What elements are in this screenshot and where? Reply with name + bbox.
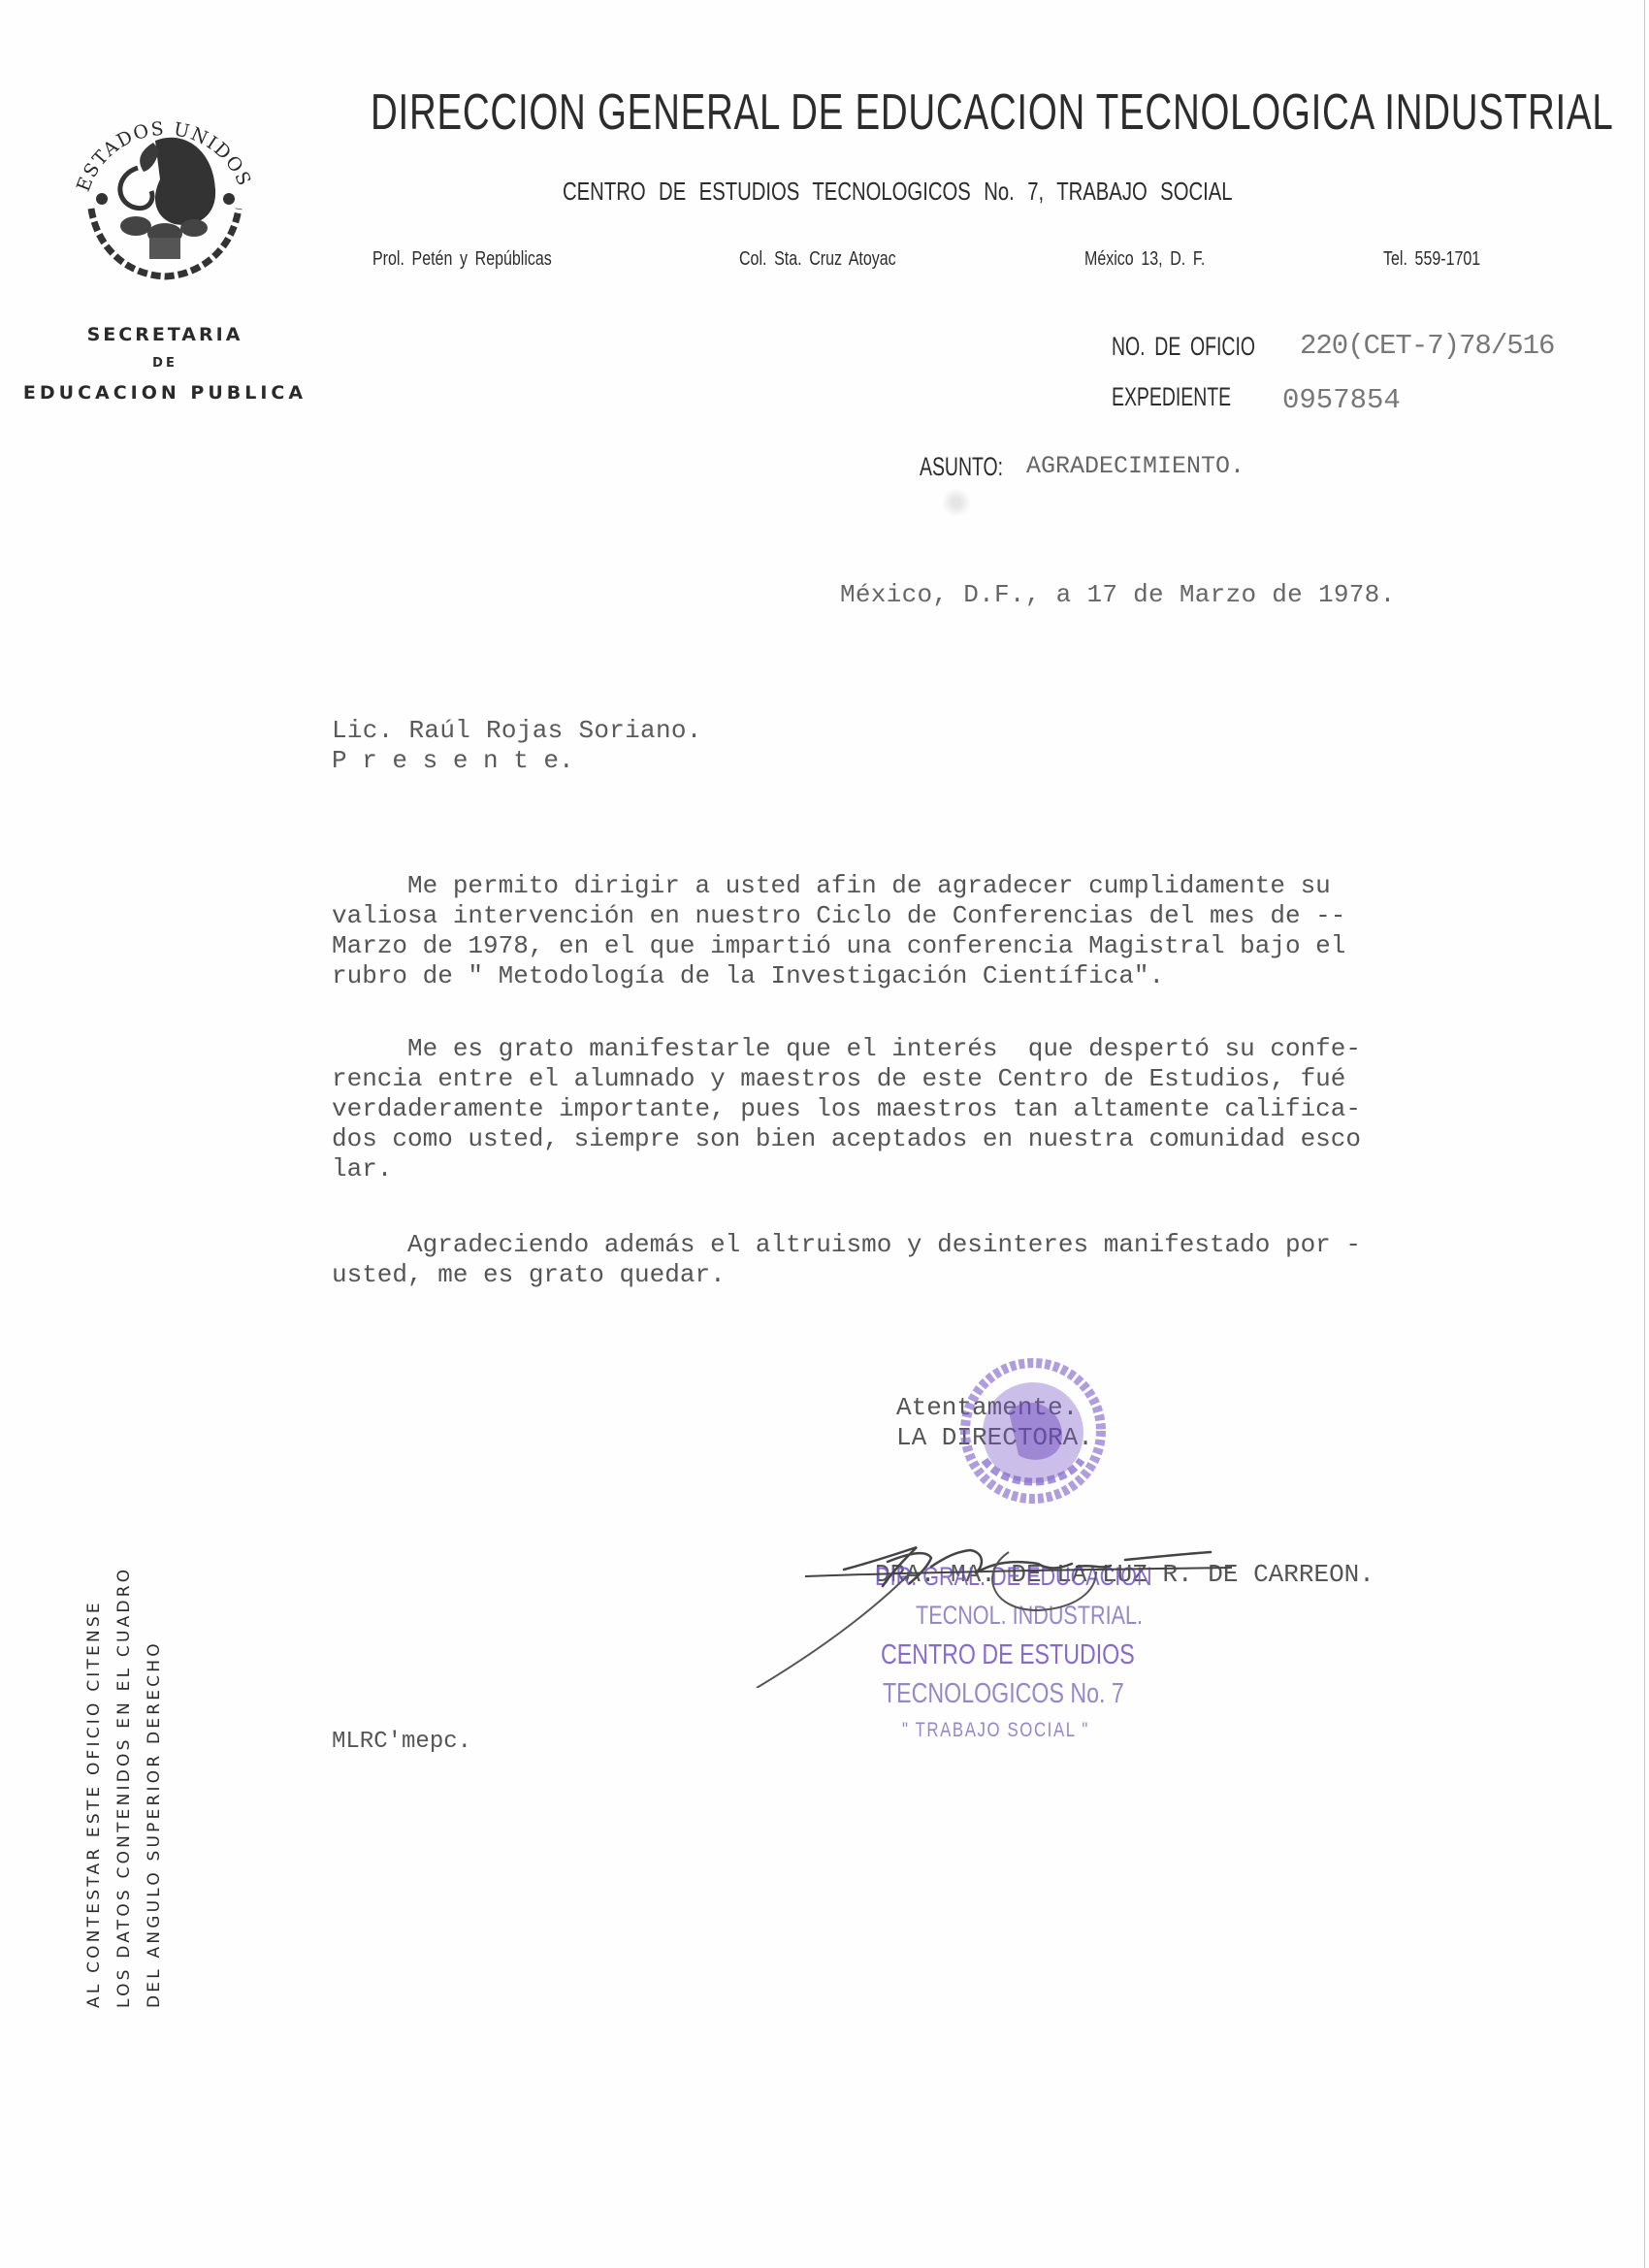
recipient-name: Lic. Raúl Rojas Soriano.	[332, 716, 702, 746]
stamp-line: " TRABAJO SOCIAL "	[902, 1719, 1089, 1742]
mexican-coat-of-arms-icon: ESTADOS UNIDOS MEXICANOS	[58, 82, 272, 296]
date-line: México, D.F., a 17 de Marzo de 1978.	[840, 580, 1396, 610]
page-edge	[1644, 0, 1645, 2268]
side-note-line-3: DEL ANGULO SUPERIOR DERECHO	[140, 1567, 170, 2008]
body-paragraph: Me es grato manifestarle que el interés …	[332, 1034, 1496, 1184]
stamp-line: TECNOL. INDUSTRIAL.	[916, 1601, 1143, 1631]
letterhead-subtitle: CENTRO DE ESTUDIOS TECNOLOGICOS No. 7, T…	[563, 177, 1233, 207]
oficio-value: 220(CET-7)78/516	[1300, 330, 1554, 362]
side-note: AL CONTESTAR ESTE OFICIO CITENSELOS DATO…	[80, 1567, 170, 2008]
asunto-label: ASUNTO:	[920, 452, 1003, 482]
letter-page: ESTADOS UNIDOS MEXICANOS SECRETARIA DE E…	[0, 0, 1649, 2268]
recipient-block: Lic. Raúl Rojas Soriano.P r e s e n t e.	[332, 716, 702, 776]
letterhead-title: DIRECCION GENERAL DE EDUCACION TECNOLOGI…	[371, 83, 1613, 142]
recipient-present: P r e s e n t e.	[332, 746, 702, 776]
ink-smudge	[939, 485, 974, 520]
body-paragraph: Me permito dirigir a usted afin de agrad…	[332, 871, 1496, 991]
typist-initials: MLRC'mepc.	[332, 1729, 471, 1755]
address-city: México 13, D. F.	[1084, 248, 1205, 271]
ministry-name: SECRETARIA DE EDUCACION PUBLICA	[19, 322, 310, 405]
side-note-line-2: LOS DATOS CONTENIDOS EN EL CUADRO	[110, 1567, 140, 2008]
asunto-value: AGRADECIMIENTO.	[1026, 452, 1245, 480]
stamp-line: TECNOLOGICOS No. 7	[883, 1678, 1124, 1710]
address-street: Prol. Petén y Repúblicas	[372, 248, 552, 271]
oficio-label: NO. DE OFICIO	[1112, 332, 1255, 362]
stamp-line: CENTRO DE ESTUDIOS	[881, 1639, 1135, 1671]
stamp-line: DIR. GRAL. DE EDUCACION	[875, 1562, 1152, 1592]
ministry-line-2: DE	[19, 347, 310, 380]
expediente-label: EXPEDIENTE	[1112, 382, 1231, 412]
official-seal-stamp-icon	[955, 1353, 1111, 1508]
ministry-line-1: SECRETARIA	[19, 322, 310, 347]
body-paragraph: Agradeciendo además el altruismo y desin…	[332, 1230, 1496, 1290]
expediente-value: 0957854	[1282, 384, 1401, 416]
svg-text:ESTADOS UNIDOS MEXICANOS: ESTADOS UNIDOS MEXICANOS	[58, 82, 258, 197]
address-phone: Tel. 559-1701	[1383, 248, 1480, 271]
ministry-line-3: EDUCACION PUBLICA	[19, 380, 310, 405]
side-note-line-1: AL CONTESTAR ESTE OFICIO CITENSE	[80, 1567, 110, 2008]
address-colony: Col. Sta. Cruz Atoyac	[739, 248, 896, 271]
